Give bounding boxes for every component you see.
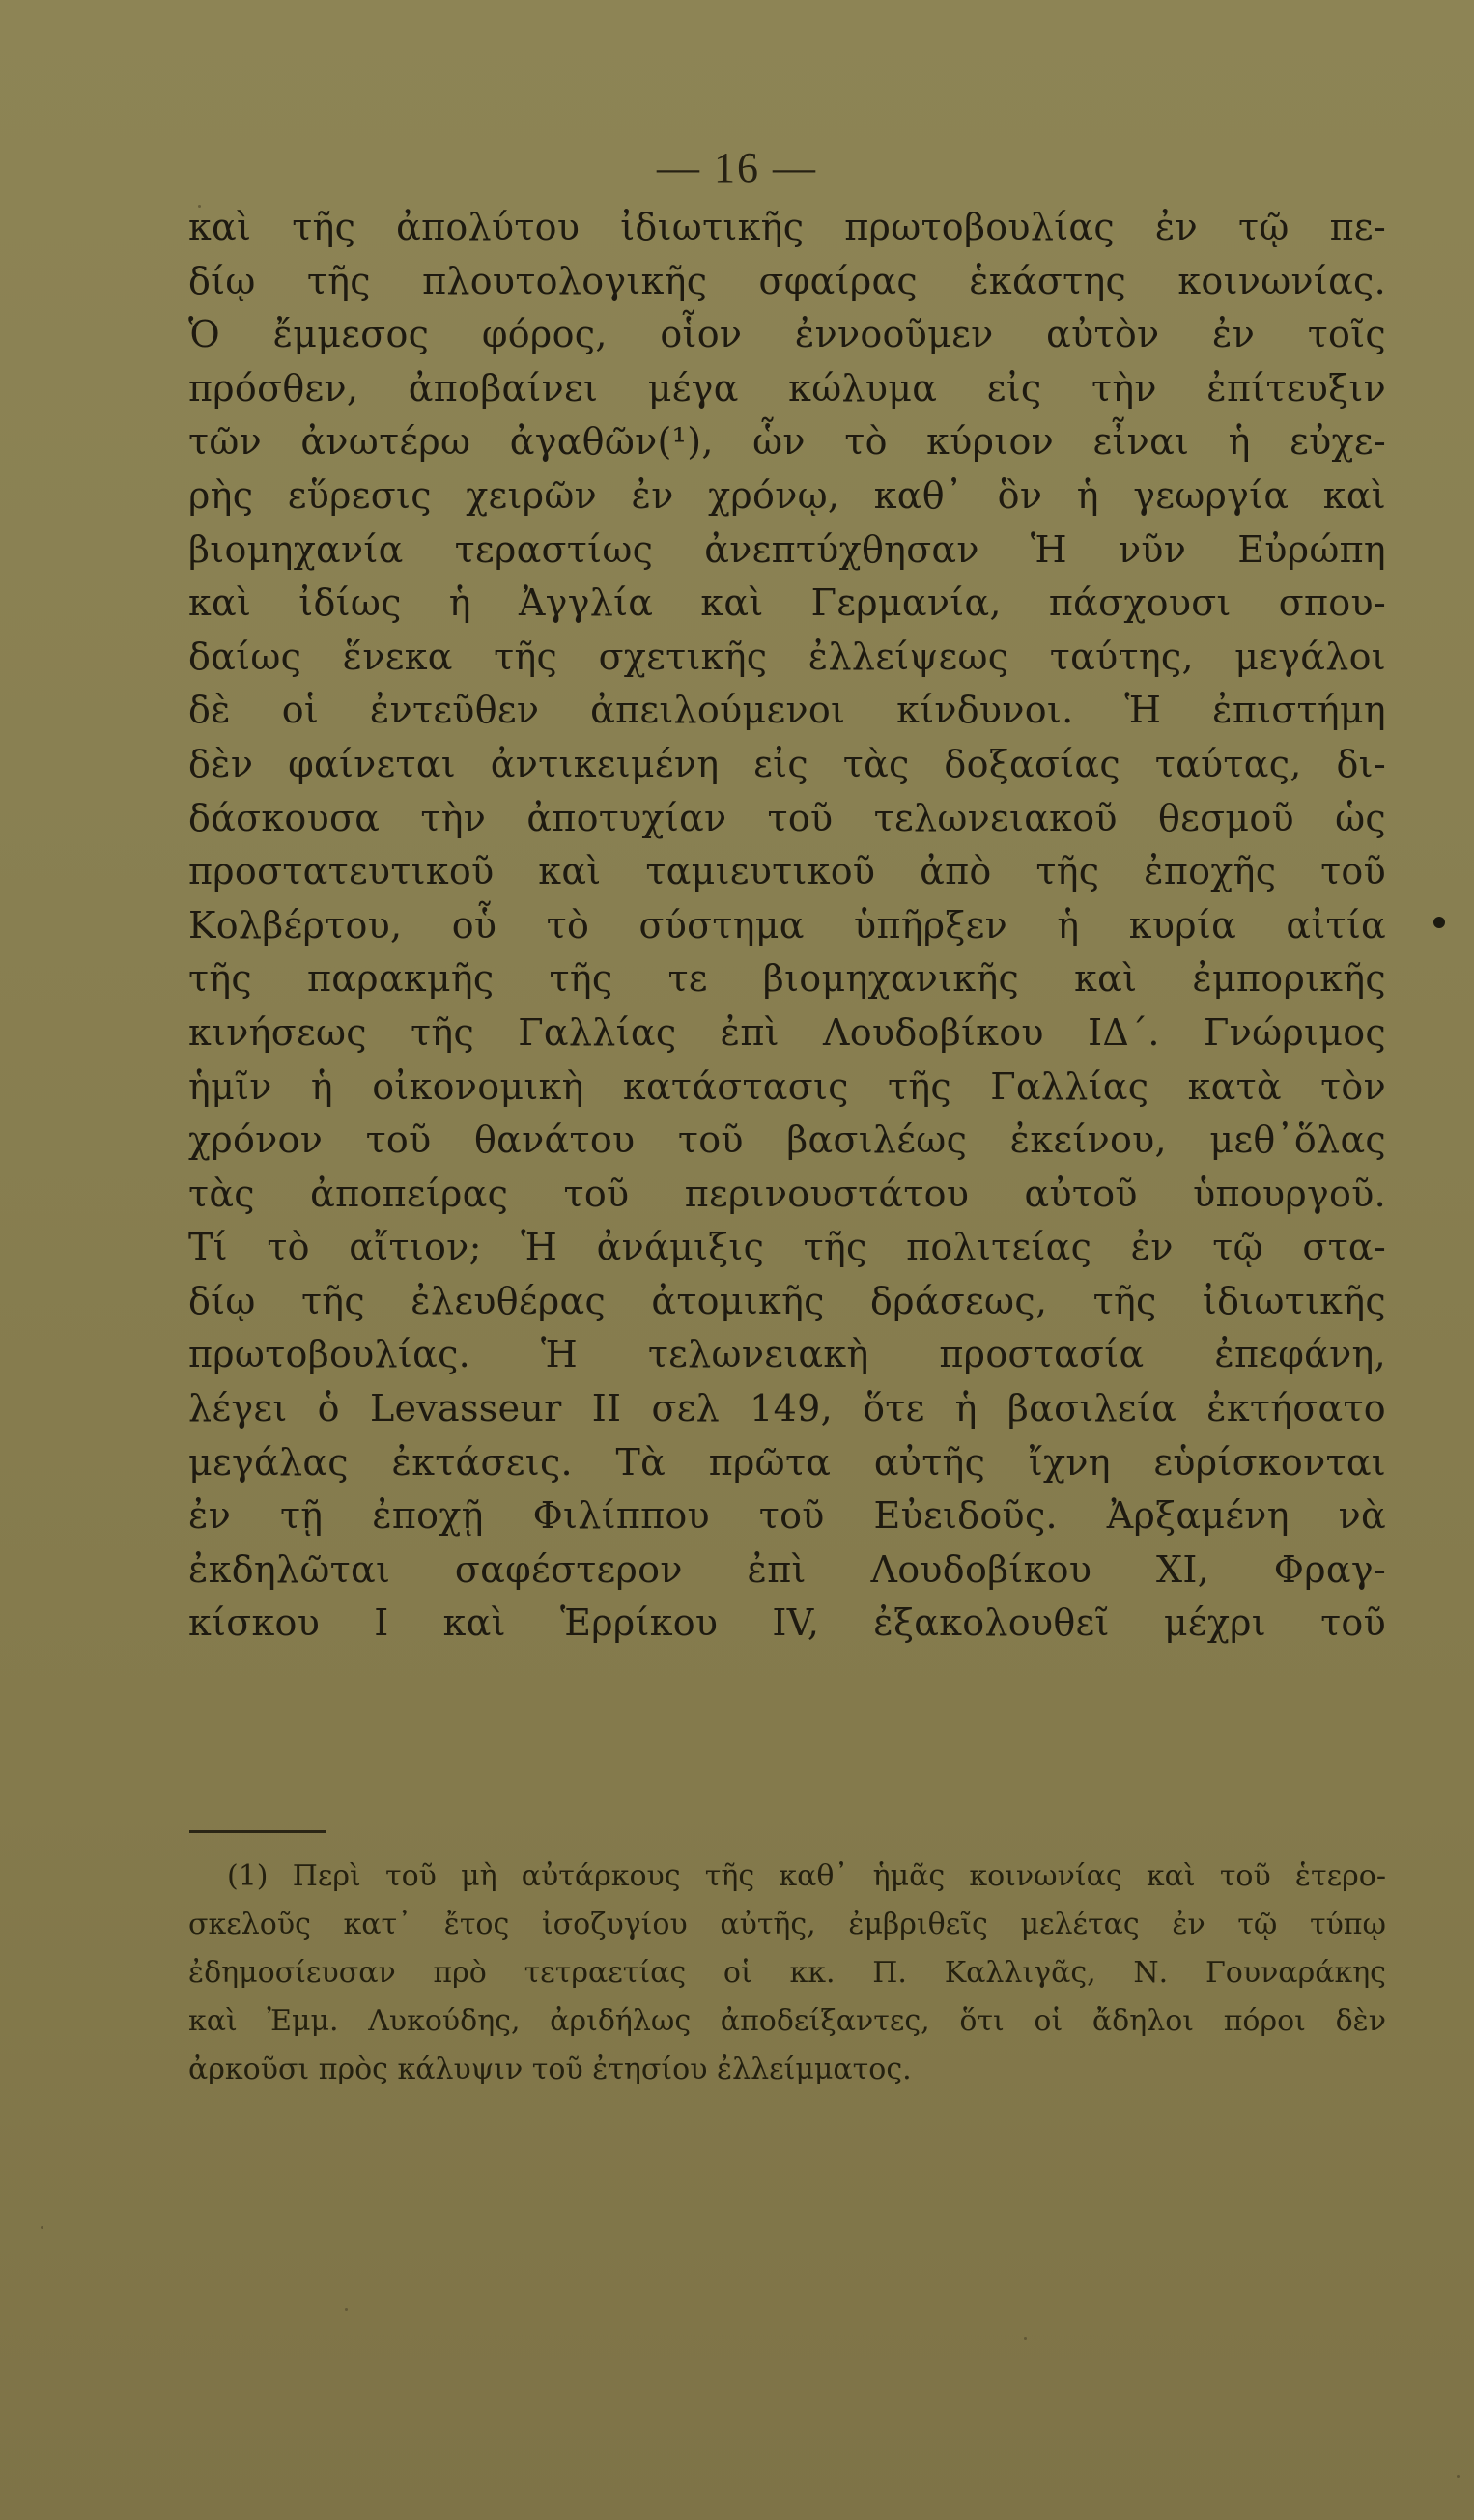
paper-speck: [1024, 2337, 1027, 2340]
text-line: βιομηχανία τεραστίως ἀνεπτύχθησαν Ἡ νῦν …: [188, 524, 1386, 578]
footnote-text: Περὶ τοῦ μὴ αὐτάρκους τῆς καθ᾽ ἡμᾶς κοιν…: [293, 1859, 1386, 1893]
text-line: δάσκουσα τὴν ἀποτυχίαν τοῦ τελωνειακοῦ θ…: [188, 792, 1386, 846]
text-line: λέγει ὁ Levasseur II σελ 149, ὅτε ἡ βασι…: [188, 1382, 1386, 1436]
text-line: καὶ τῆς ἀπολύτου ἰδιωτικῆς πρωτοβουλίας …: [188, 201, 1386, 255]
text-line: Ὁ ἔμμεσος φόρος, οἷον ἐννοοῦμεν αὐτὸν ἐν…: [188, 308, 1386, 362]
text-line: κινήσεως τῆς Γαλλίας ἐπὶ Λουδοβίκου ΙΔ΄.…: [188, 1006, 1386, 1061]
text-line: Τί τὸ αἴτιον; Ἡ ἀνάμιξις τῆς πολιτείας ἐ…: [188, 1221, 1386, 1275]
text-line: τῆς παρακμῆς τῆς τε βιομηχανικῆς καὶ ἐμπ…: [188, 952, 1386, 1006]
footnote-divider: [189, 1830, 326, 1833]
paper-speck: [41, 2226, 43, 2229]
text-line: τὰς ἀποπείρας τοῦ περινουστάτου αὐτοῦ ὑπ…: [188, 1168, 1386, 1222]
footnote-marker: (1): [227, 1859, 269, 1893]
text-line: κίσκου I καὶ Ἑρρίκου IV, ἐξακολουθεῖ μέχ…: [188, 1597, 1386, 1651]
text-line: Κολβέρτου, οὗ τὸ σύστημα ὑπῆρξεν ἡ κυρία…: [188, 899, 1386, 953]
text-line: πρόσθεν, ἀποβαίνει μέγα κώλυμα εἰς τὴν ἐ…: [188, 362, 1386, 416]
text-line: δὲν φαίνεται ἀντικειμένη εἰς τὰς δοξασία…: [188, 738, 1386, 792]
footnote: (1) Περὶ τοῦ μὴ αὐτάρκους τῆς καθ᾽ ἡμᾶς …: [227, 1853, 1386, 2094]
text-line: ἡμῖν ἡ οἰκονομικὴ κατάστασις τῆς Γαλλίας…: [188, 1061, 1386, 1115]
footnote-line: ἐδημοσίευσαν πρὸ τετραετίας οἱ κκ. Π. Κα…: [188, 1949, 1386, 1997]
body-text: καὶ τῆς ἀπολύτου ἰδιωτικῆς πρωτοβουλίας …: [188, 201, 1386, 1651]
text-line: καὶ ἰδίως ἡ Ἀγγλία καὶ Γερμανία, πάσχουσ…: [188, 577, 1386, 631]
text-line: ἐκδηλῶται σαφέστερον ἐπὶ Λουδοβίκου XI, …: [188, 1543, 1386, 1598]
text-line: μεγάλας ἐκτάσεις. Τὰ πρῶτα αὐτῆς ἴχνη εὑ…: [188, 1436, 1386, 1490]
paper-speck: [1457, 2475, 1460, 2478]
scanned-book-page: — 16 — καὶ τῆς ἀπολύτου ἰδιωτικῆς πρωτοβ…: [0, 0, 1474, 2520]
page-number: — 16 —: [0, 143, 1474, 192]
text-line: ρὴς εὕρεσις χειρῶν ἐν χρόνῳ, καθ᾽ ὃν ἡ γ…: [188, 469, 1386, 524]
text-line: τῶν ἀνωτέρω ἀγαθῶν(¹), ὧν τὸ κύριον εἶνα…: [188, 415, 1386, 469]
text-line: χρόνον τοῦ θανάτου τοῦ βασιλέως ἐκείνου,…: [188, 1114, 1386, 1168]
footnote-line: σκελοῦς κατ᾽ ἔτος ἰσοζυγίου αὐτῆς, ἐμβρι…: [188, 1901, 1386, 1949]
paper-speck: [198, 205, 201, 208]
footnote-line: ἀρκοῦσι πρὸς κάλυψιν τοῦ ἐτησίου ἐλλείμμ…: [188, 2046, 1386, 2094]
text-line: πρωτοβουλίας. Ἡ τελωνειακὴ προστασία ἐπε…: [188, 1328, 1386, 1382]
text-line: δίῳ τῆς πλουτολογικῆς σφαίρας ἑκάστης κο…: [188, 255, 1386, 309]
ink-spot: [1433, 917, 1445, 928]
text-line: δὲ οἱ ἐντεῦθεν ἀπειλούμενοι κίνδυνοι. Ἡ …: [188, 684, 1386, 738]
text-line: δίῳ τῆς ἐλευθέρας ἀτομικῆς δράσεως, τῆς …: [188, 1275, 1386, 1329]
text-line: ἐν τῇ ἐποχῇ Φιλίππου τοῦ Εὐειδοῦς. Ἀρξαμ…: [188, 1489, 1386, 1543]
footnote-line: καὶ Ἐμμ. Λυκούδης, ἀριδήλως ἀποδείξαντες…: [188, 1997, 1386, 2046]
paper-speck: [345, 2308, 348, 2311]
footnote-line: (1) Περὶ τοῦ μὴ αὐτάρκους τῆς καθ᾽ ἡμᾶς …: [227, 1853, 1386, 1901]
text-line: δαίως ἕνεκα τῆς σχετικῆς ἐλλείψεως ταύτη…: [188, 631, 1386, 685]
text-line: προστατευτικοῦ καὶ ταμιευτικοῦ ἀπὸ τῆς ἐ…: [188, 845, 1386, 899]
